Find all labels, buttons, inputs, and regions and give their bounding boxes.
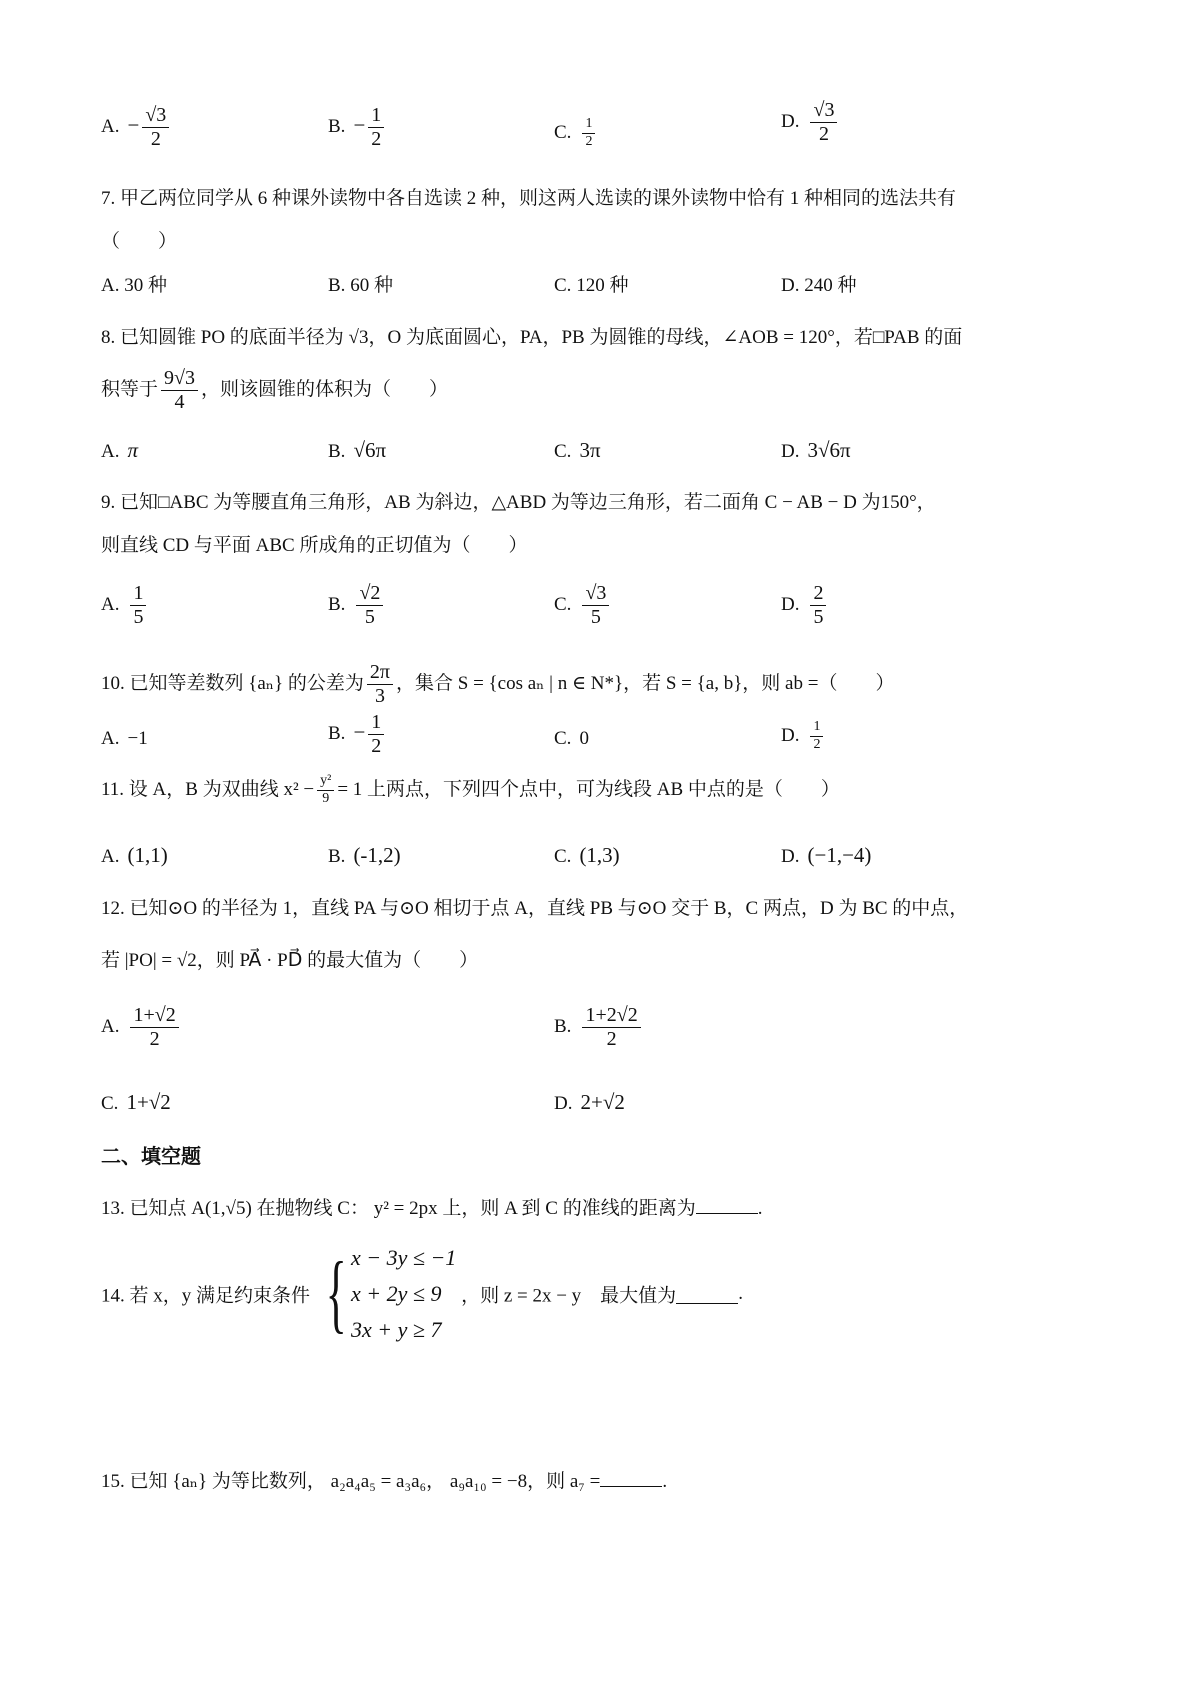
q12-stem-line1: 12. 已知⊙O 的半径为 1，直线 PA 与⊙O 相切于点 A，直线 PB 与…: [101, 893, 968, 920]
q10-option-a: A.−1: [101, 728, 148, 750]
q6-option-a: A.−√32: [101, 105, 172, 150]
q6-option-c: C.12: [554, 117, 598, 149]
q8-option-d: D.3√6π: [781, 438, 851, 463]
q9-option-a: A.15: [101, 583, 149, 628]
q10-stem: 10. 已知等差数列 {aₙ} 的公差为2π3，集合 S = {cos aₙ |…: [101, 662, 894, 707]
q10-option-b: B.−12: [328, 712, 387, 757]
q11-option-a: A.(1,1): [101, 843, 168, 868]
q11-option-b: B.(-1,2): [328, 843, 401, 868]
q8-option-c: C.3π: [554, 438, 601, 463]
q11-stem: 11. 设 A，B 为双曲线 x² −y²9= 1 上两点，下列四个点中，可为线…: [101, 774, 840, 807]
q7-stem: 7. 甲乙两位同学从 6 种课外读物中各自选读 2 种，则这两人选读的课外读物中…: [101, 183, 956, 210]
q12-stem-line2: 若 |PO| = √2，则 PA⃗ · PD⃗ 的最大值为（ ）: [101, 945, 478, 972]
q12-option-c: C.1+√2: [101, 1090, 171, 1115]
q9-option-b: B.√25: [328, 583, 386, 628]
q10-option-d: D.12: [781, 720, 826, 752]
q11-hyperbola-fraction: y²9: [317, 774, 334, 806]
q15-answer-blank: [600, 1468, 662, 1487]
q9-option-c: C.√35: [554, 583, 612, 628]
q13-stem: 13. 已知点 A(1,√5) 在抛物线 C： y² = 2px 上，则 A 到…: [101, 1193, 763, 1220]
q11-option-c: C.(1,3): [554, 843, 620, 868]
q10-option-c: C.0: [554, 728, 589, 750]
q7-option-a: A. 30 种: [101, 270, 167, 297]
q8-area-fraction: 9√34: [161, 368, 198, 413]
q9-stem-line2: 则直线 CD 与平面 ABC 所成角的正切值为（ ）: [101, 530, 527, 557]
q12-option-b: B.1+2√22: [554, 1005, 644, 1050]
q8-stem-line1: 8. 已知圆锥 PO 的底面半径为 √3，O 为底面圆心，PA，PB 为圆锥的母…: [101, 322, 962, 349]
q11-option-d: D.(−1,−4): [781, 843, 871, 868]
q9-stem-line1: 9. 已知□ABC 为等腰直角三角形，AB 为斜边，△ABD 为等边三角形，若二…: [101, 487, 936, 514]
q14-constraint-system: { x − 3y ≤ −1 x + 2y ≤ 9 3x + y ≥ 7: [315, 1240, 457, 1348]
q10-common-difference: 2π3: [367, 662, 393, 707]
q7-option-b: B. 60 种: [328, 270, 393, 297]
q12-option-d: D.2+√2: [554, 1090, 625, 1115]
q8-option-a: A.π: [101, 438, 138, 463]
q14-stem: 14. 若 x，y 满足约束条件 { x − 3y ≤ −1 x + 2y ≤ …: [101, 1240, 743, 1348]
q6-option-b: B.−12: [328, 105, 387, 150]
section-title-fill-in: 二、填空题: [101, 1140, 201, 1169]
q6-option-d: D.√32: [781, 100, 840, 145]
q14-answer-blank: [676, 1285, 738, 1304]
q12-option-a: A.1+√22: [101, 1005, 182, 1050]
q7-paren: （ ）: [101, 226, 177, 253]
q7-option-c: C. 120 种: [554, 270, 628, 297]
q8-option-b: B.√6π: [328, 438, 386, 463]
q8-stem-line2: 积等于9√34，则该圆锥的体积为（ ）: [101, 368, 448, 413]
q7-option-d: D. 240 种: [781, 270, 857, 297]
q13-answer-blank: [696, 1195, 758, 1214]
q15-stem: 15. 已知 {aₙ} 为等比数列， a₂a₄a₅ = a₃a₆， a₉a₁₀ …: [101, 1466, 667, 1493]
q9-option-d: D.25: [781, 583, 829, 628]
